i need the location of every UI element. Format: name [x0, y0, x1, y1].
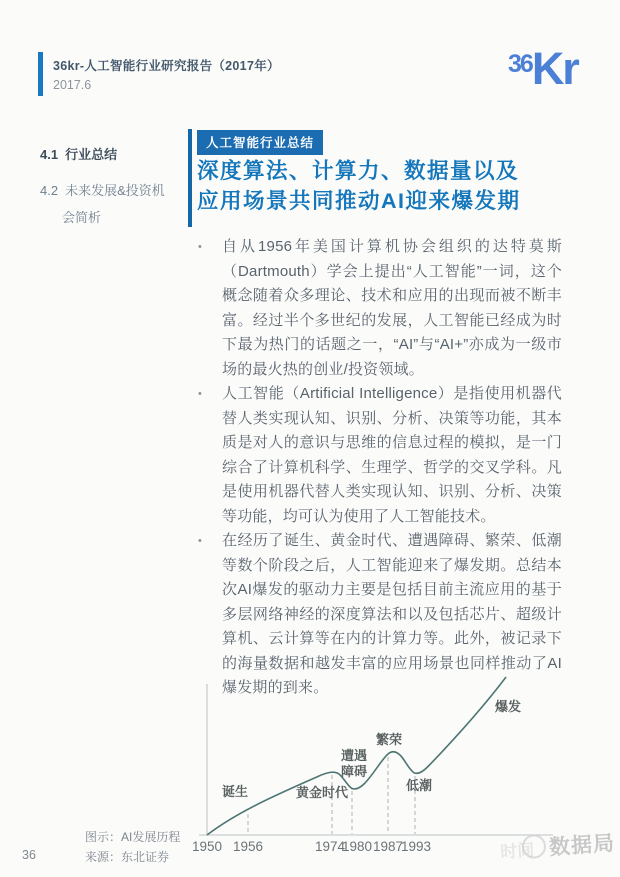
section-tag: 人工智能行业总结: [197, 130, 323, 155]
header-accent-bar: [38, 52, 43, 96]
bullet-marker: •: [198, 235, 202, 260]
bullet-item: • 自从1956年美国计算机协会组织的达特莫斯（Dartmouth）学会上提出“…: [196, 235, 562, 382]
sidebar-item-4-2: 4.2未来发展&投资机 会简析: [40, 177, 190, 231]
stage-label-golden-age: 黄金时代: [296, 785, 349, 800]
page-title-line1: 深度算法、计算力、数据量以及: [197, 156, 521, 186]
bullet-text: 人工智能（Artificial Intelligence）是指使用机器代替人类实…: [222, 385, 562, 525]
36kr-logo: 36 Kr: [508, 50, 578, 88]
x-tick-1993: 1993: [401, 839, 431, 854]
ai-development-chart: 诞生 黄金时代 遭遇 障碍 繁荣 低潮 爆发 1950 1956 1974 19…: [185, 648, 575, 877]
sidebar-item-4-1: 4.1行业总结: [40, 144, 117, 163]
report-date: 2017.6: [53, 78, 91, 92]
stage-label-birth: 诞生: [222, 784, 248, 799]
chart-caption-line2: 来源：东北证券: [85, 847, 180, 867]
sidebar-item-number: 4.2: [40, 183, 58, 198]
sidebar-item-label: 行业总结: [65, 147, 117, 162]
bullet-list: • 自从1956年美国计算机协会组织的达特莫斯（Dartmouth）学会上提出“…: [196, 235, 562, 701]
x-tick-1980: 1980: [342, 839, 372, 854]
logo-kr-text: Kr: [532, 50, 578, 88]
stage-label-obstacle-line1: 遭遇: [341, 748, 367, 763]
bullet-marker: •: [198, 382, 202, 407]
sidebar-item-label-line2: 会简析: [62, 204, 190, 231]
footer-page-number: 36: [22, 848, 36, 862]
sidebar-item-label: 未来发展&投资机: [65, 183, 165, 198]
x-tick-1950: 1950: [192, 839, 222, 854]
page-title-line2: 应用场景共同推动AI迎来爆发期: [197, 186, 521, 216]
stage-label-explosion: 爆发: [494, 699, 521, 714]
chart-caption-line1: 图示：AI发展历程: [85, 827, 180, 847]
stage-label-obstacle-line2: 障碍: [341, 764, 367, 779]
bullet-item: • 人工智能（Artificial Intelligence）是指使用机器代替人…: [196, 382, 562, 529]
sidebar-item-number: 4.1: [40, 147, 58, 162]
x-tick-1987: 1987: [373, 839, 403, 854]
logo-36-text: 36: [508, 52, 532, 77]
x-tick-1956: 1956: [233, 839, 263, 854]
stage-label-low-tide: 低潮: [406, 778, 432, 793]
report-page: 36kr-人工智能行业研究报告（2017年） 2017.6 36 Kr 4.1行…: [0, 0, 620, 877]
x-tick-1974: 1974: [315, 839, 346, 854]
chart-caption: 图示：AI发展历程 来源：东北证券: [85, 827, 180, 867]
report-title: 36kr-人工智能行业研究报告（2017年）: [53, 56, 280, 74]
page-title: 深度算法、计算力、数据量以及 应用场景共同推动AI迎来爆发期: [197, 156, 521, 216]
bullet-marker: •: [198, 529, 202, 554]
stage-label-boom: 繁荣: [376, 732, 402, 747]
bullet-text: 自从1956年美国计算机协会组织的达特莫斯（Dartmouth）学会上提出“人工…: [222, 238, 562, 378]
section-accent-bar: [188, 129, 192, 227]
